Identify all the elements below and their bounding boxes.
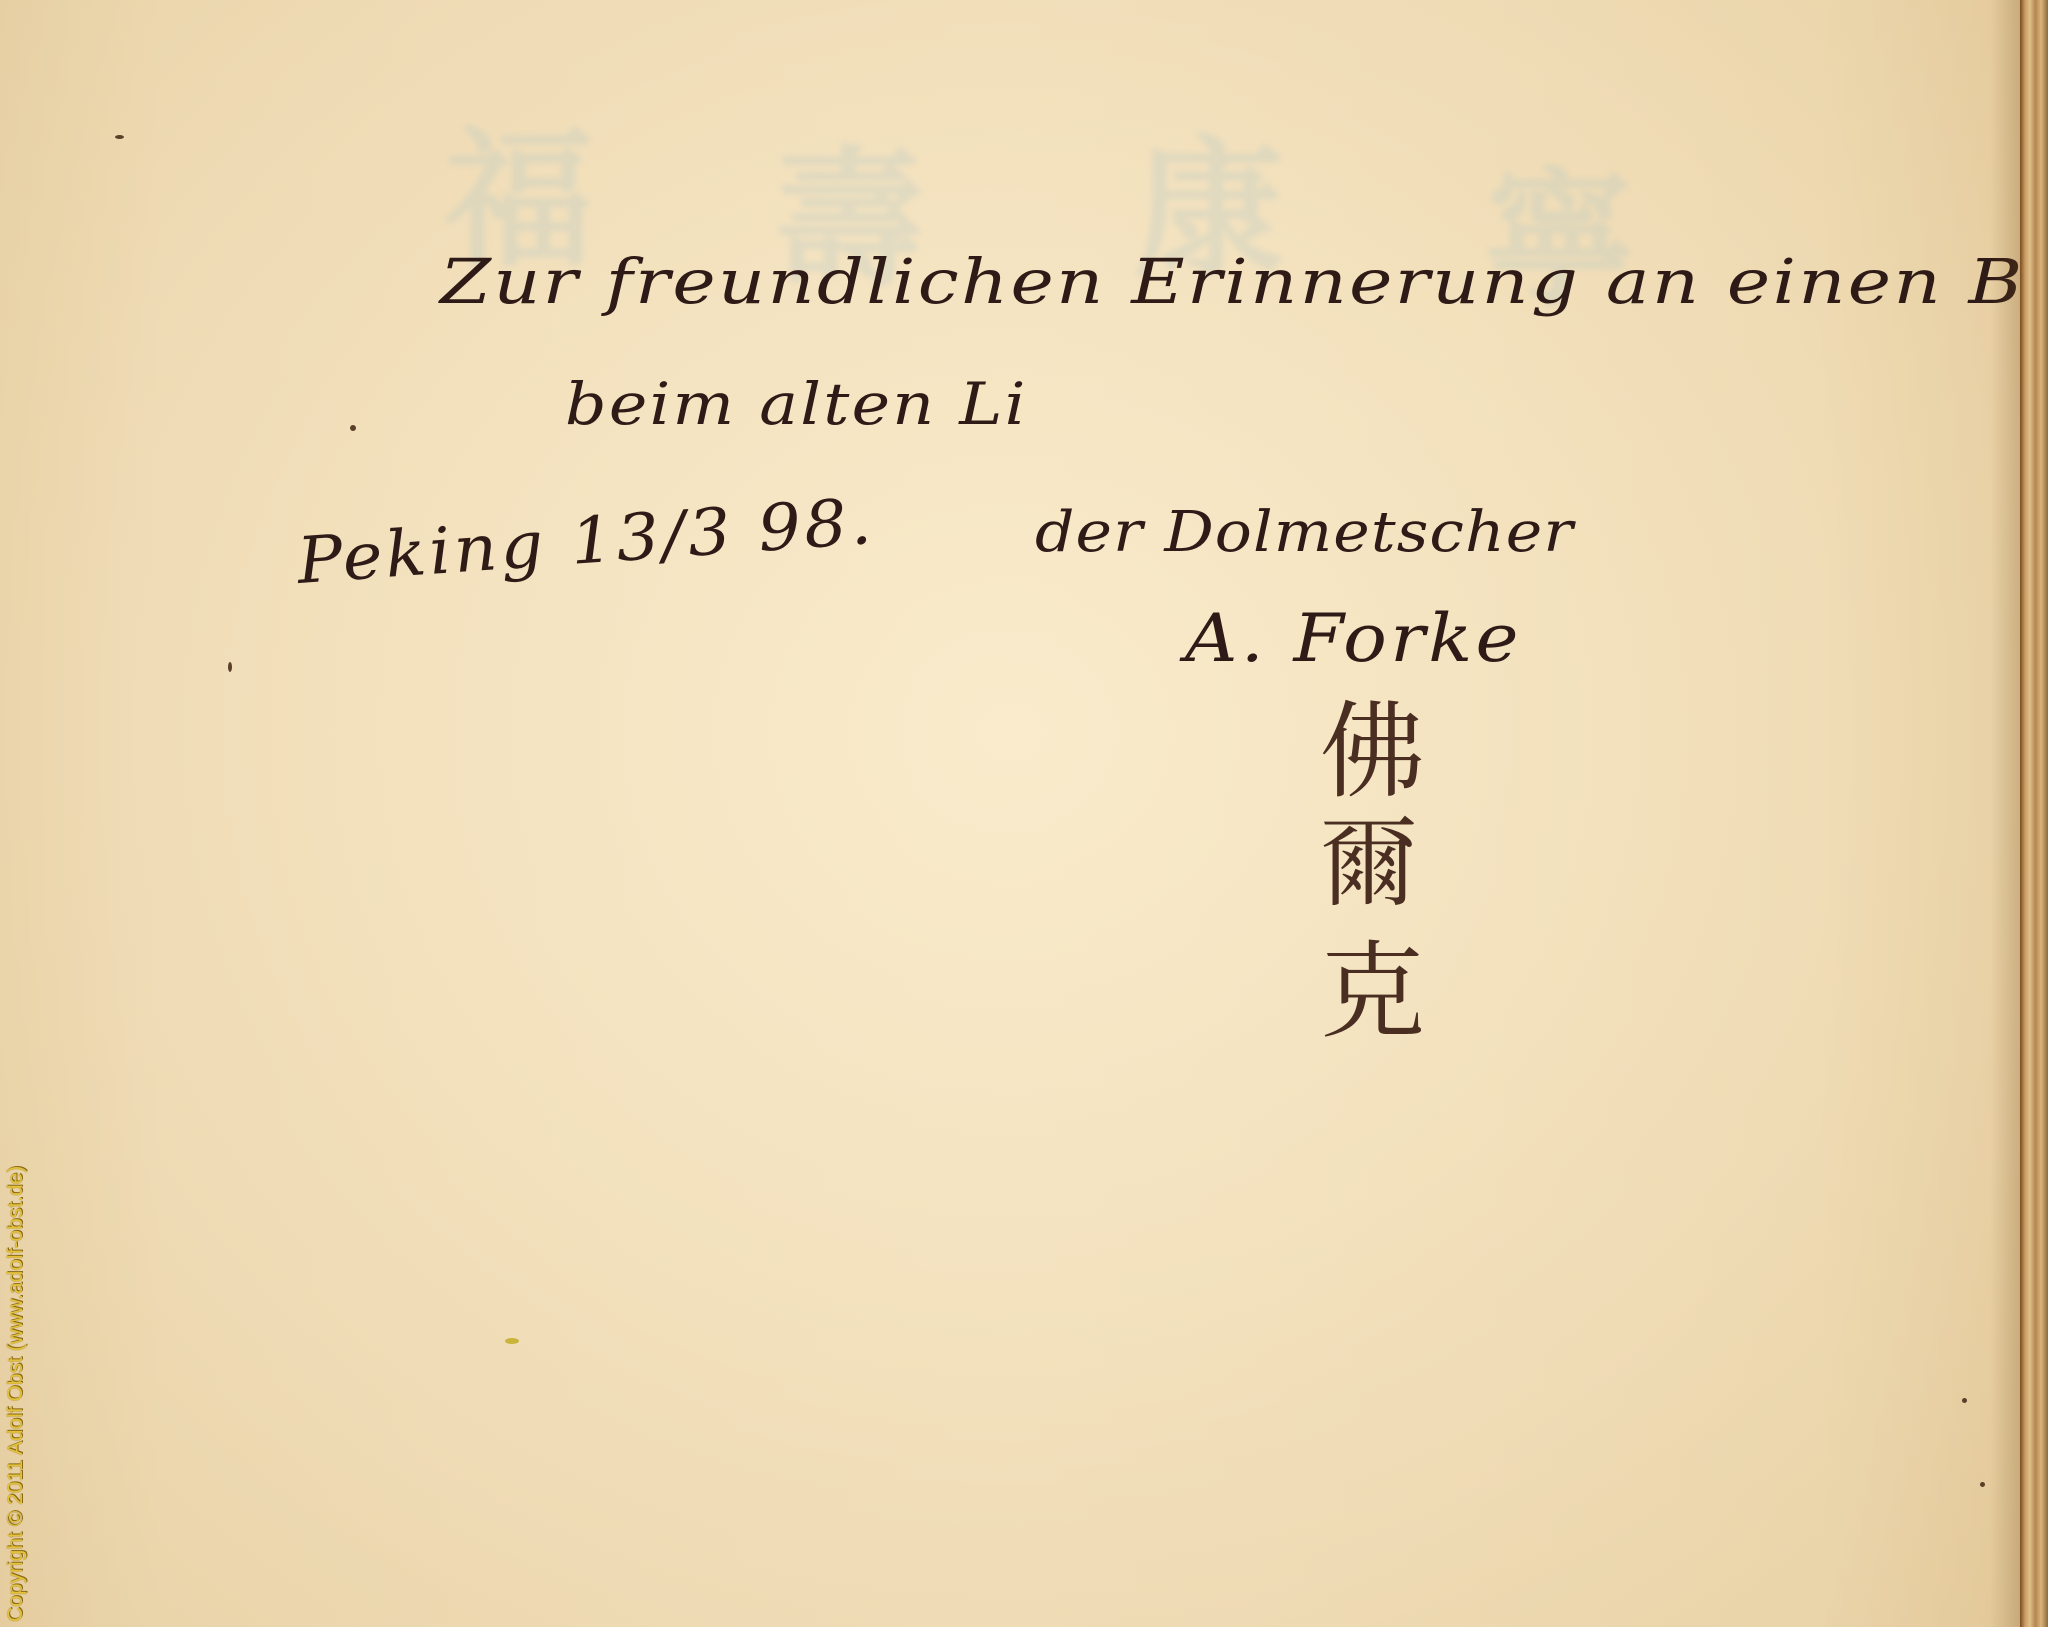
book-page-edges bbox=[2020, 0, 2048, 1627]
inscription-line-1: Zur freundlichen Erinnerung an einen Bes… bbox=[440, 245, 2048, 318]
page-edge-shadow bbox=[1990, 0, 2020, 1627]
ink-speck bbox=[1980, 1482, 1985, 1487]
chinese-name-char-3: 克 bbox=[1320, 940, 1425, 1045]
ink-speck bbox=[115, 135, 124, 139]
chinese-name-char-1: 佛 bbox=[1320, 700, 1425, 805]
ink-speck bbox=[1962, 1398, 1967, 1403]
ink-speck bbox=[228, 662, 232, 672]
chinese-name-char-2: 爾 bbox=[1320, 815, 1418, 913]
inscription-line-2: beim alten Li bbox=[565, 370, 1028, 438]
copyright-watermark: Copyright © 2011 Adolf Obst (www.adolf-o… bbox=[4, 1166, 28, 1622]
stain-speck bbox=[505, 1338, 519, 1344]
album-page: 福 壽 康 寧 Zur freundlichen Erinnerung an e… bbox=[0, 0, 2022, 1627]
place-date: Peking 13/3 98. bbox=[295, 485, 877, 599]
signer-title: der Dolmetscher bbox=[1035, 500, 1574, 565]
signature-name: A. Forke bbox=[1185, 600, 1522, 677]
ink-speck bbox=[350, 425, 356, 431]
